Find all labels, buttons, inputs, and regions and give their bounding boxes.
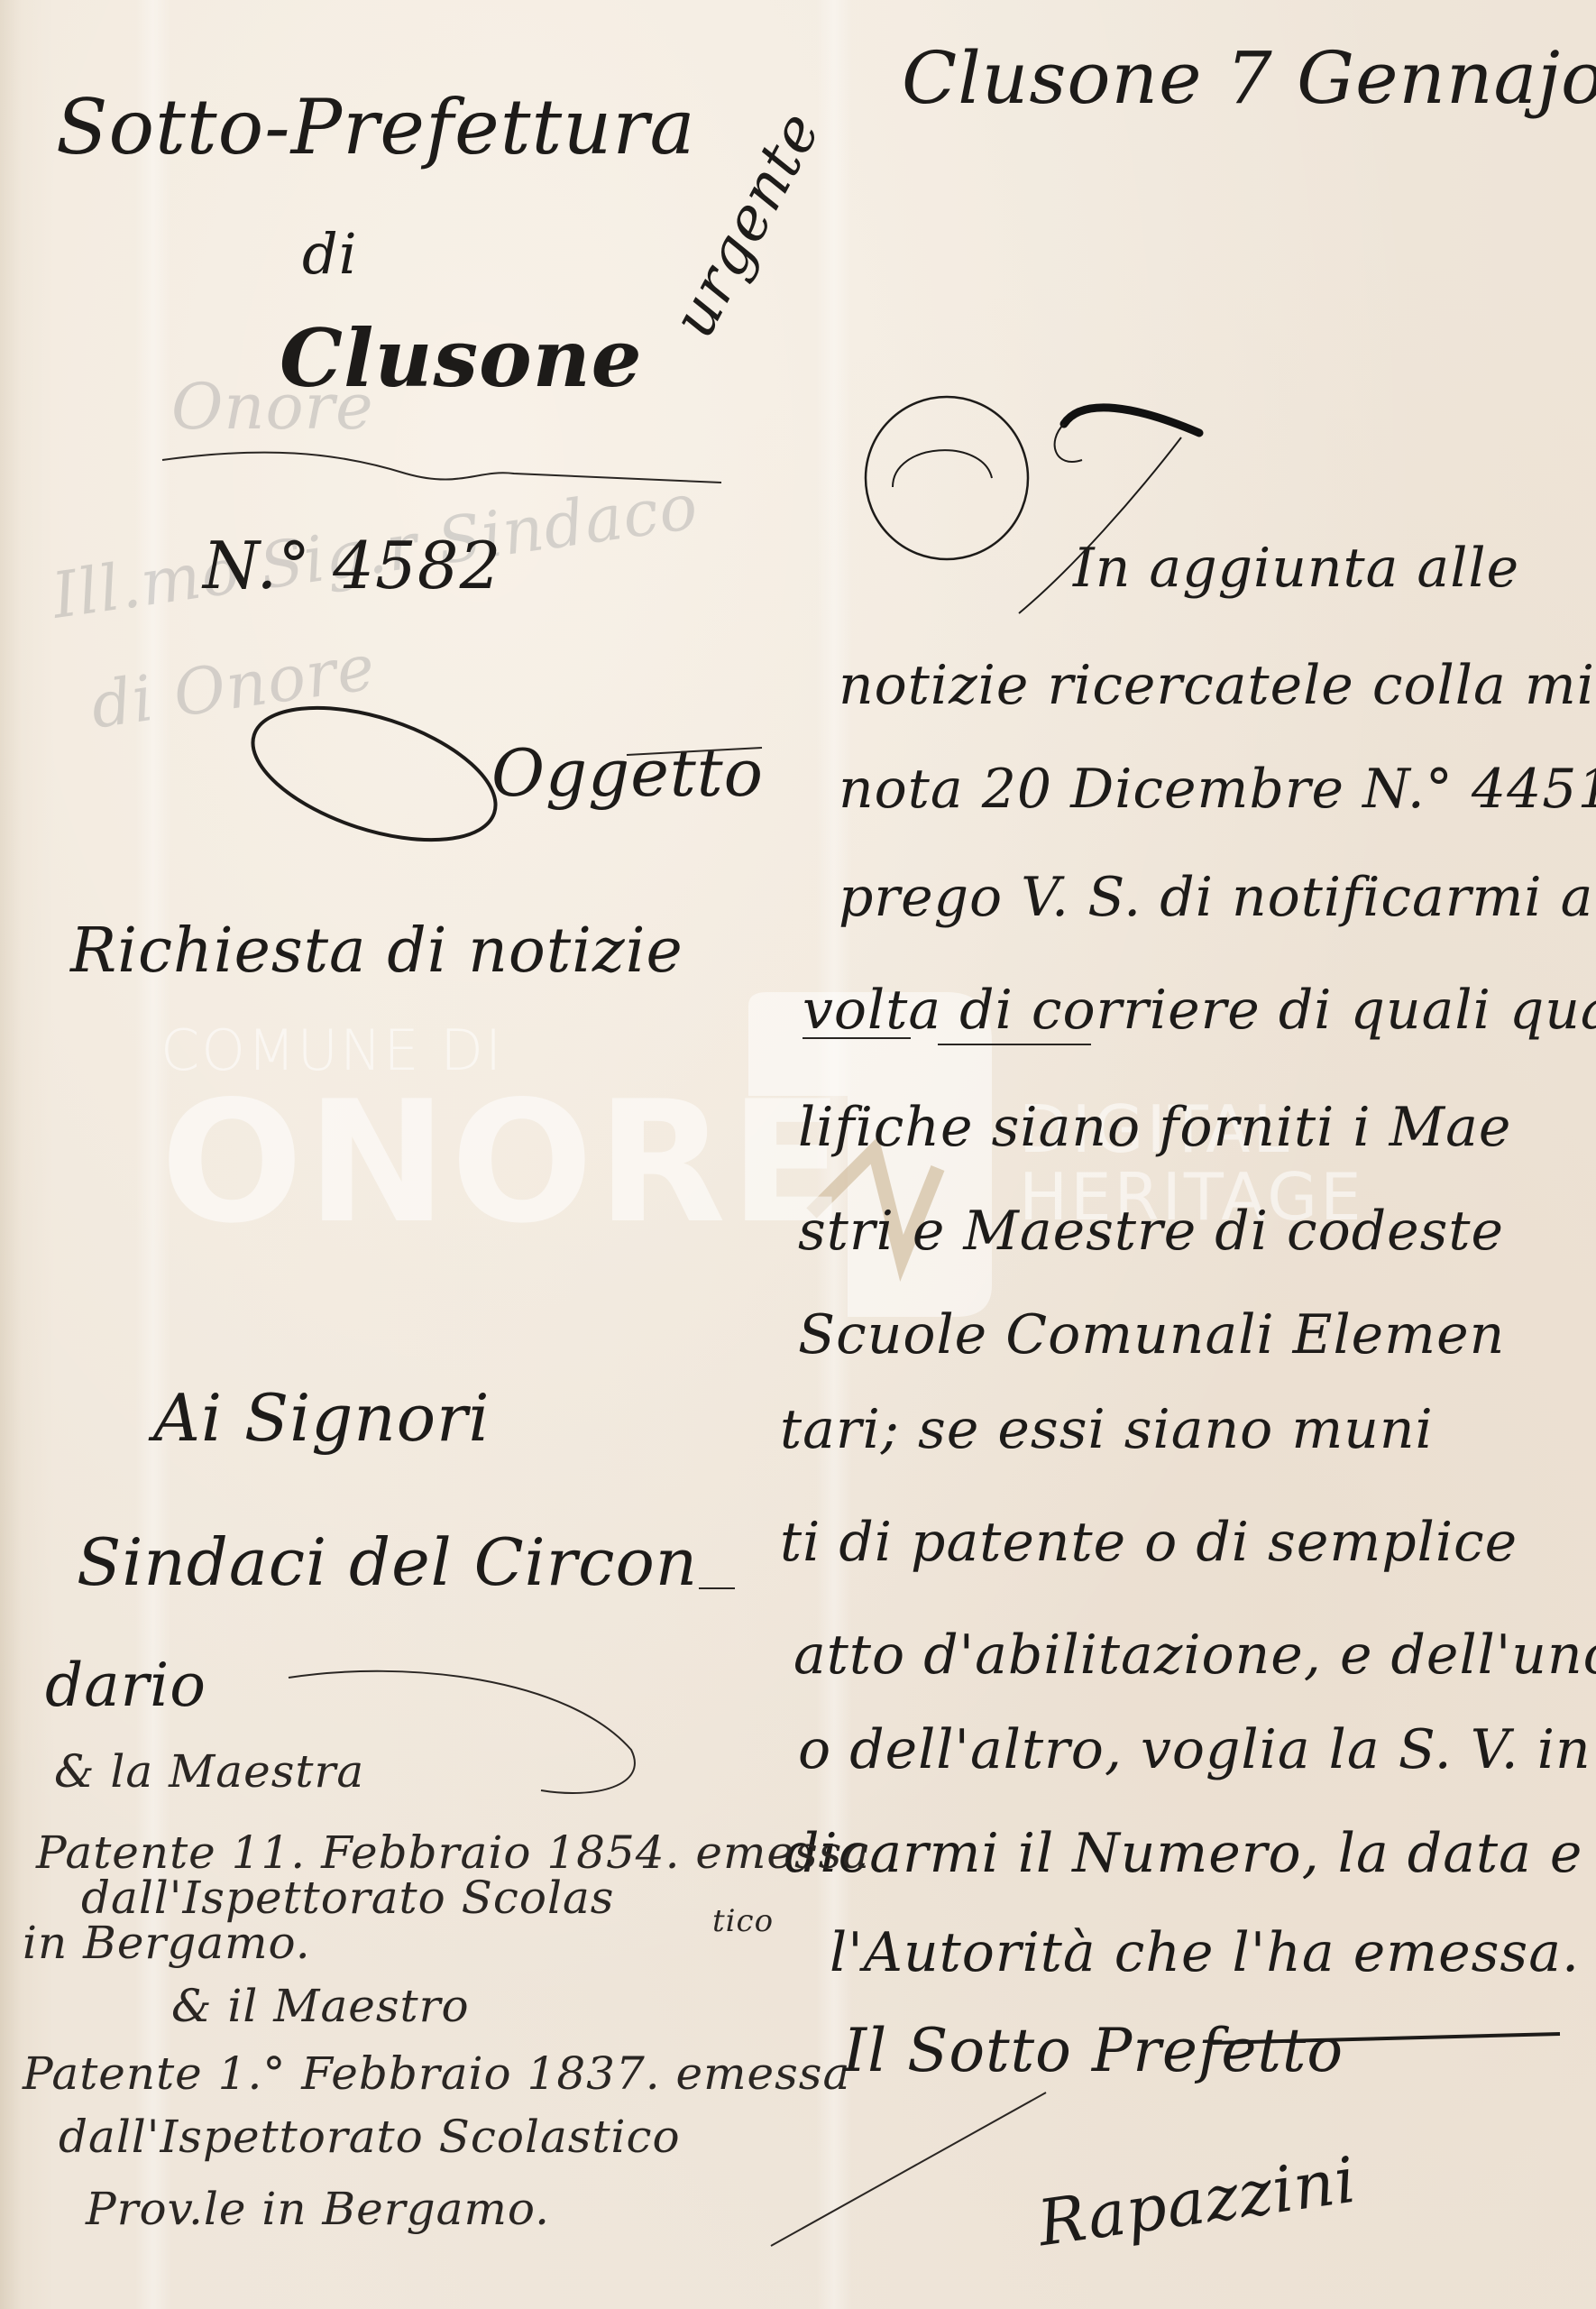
body-line: tari; se essi siano muni: [780, 1398, 1434, 1461]
body-line: prego V. S. di notificarmi a: [839, 866, 1593, 929]
body-line: stri e Maestre di codeste: [798, 1200, 1504, 1263]
subject-text: Richiesta di notizie: [70, 915, 683, 987]
oggetto-initial-loop: [234, 695, 523, 857]
subject-underline: [622, 744, 766, 762]
margin-note: dall'Ispettorato Scolastico: [59, 2111, 681, 2163]
body-line: nota 20 Dicembre N.° 4451,: [839, 758, 1596, 821]
closing-underline: [1208, 2016, 1569, 2052]
body-line: o dell'altro, voglia la S. V. in: [798, 1718, 1591, 1781]
body-line: lifiche siano forniti i Mae: [798, 1096, 1511, 1159]
signature-flourish: [766, 2084, 1055, 2264]
document-page: Onore Ill.mo Sig.r Sindaco di Onore Sott…: [0, 0, 1596, 2309]
hyphen-mark: [699, 1587, 735, 1589]
signature: Rapazzini: [1033, 2143, 1361, 2261]
office-town: Clusone: [280, 311, 643, 405]
body-line: atto d'abilitazione, e dell'uno: [793, 1624, 1596, 1687]
addressee-line: dario: [45, 1651, 206, 1720]
body-line: notizie ricercatele colla mia: [839, 654, 1596, 717]
office-name: Sotto-Prefettura: [56, 83, 696, 171]
addressee-line: Ai Signori: [153, 1380, 491, 1456]
underline-mark: [803, 1037, 911, 1039]
watermark-onore: ONORE: [161, 1079, 848, 1246]
margin-note: Prov.le in Bergamo.: [86, 2183, 550, 2235]
addressee-line: Sindaci del Circon: [77, 1524, 698, 1600]
flourish-line: [153, 433, 730, 505]
margin-note: & la Maestra: [54, 1745, 364, 1798]
dateline: Clusone 7 Gennajo 1877: [902, 36, 1596, 120]
body-line: Scuole Comunali Elemen: [798, 1303, 1505, 1366]
margin-note: & il Maestro: [171, 1980, 470, 2032]
body-line: In aggiunta alle: [1073, 537, 1519, 600]
body-line: volta di corriere di quali qua: [803, 979, 1596, 1042]
margin-note: in Bergamo.: [23, 1917, 311, 1969]
protocol-number: N.° 4582: [203, 528, 501, 603]
body-line: l'Autorità che l'ha emessa.: [830, 1921, 1580, 1984]
underline-mark: [938, 1044, 1091, 1045]
margin-insert: tico: [712, 1903, 774, 1939]
body-line: ti di patente o di semplice: [780, 1511, 1518, 1574]
office-preposition: di: [302, 221, 358, 287]
body-line: dicarmi il Numero, la data e: [784, 1822, 1582, 1885]
margin-note: Patente 1.° Febbraio 1837. emessa: [23, 2047, 850, 2100]
